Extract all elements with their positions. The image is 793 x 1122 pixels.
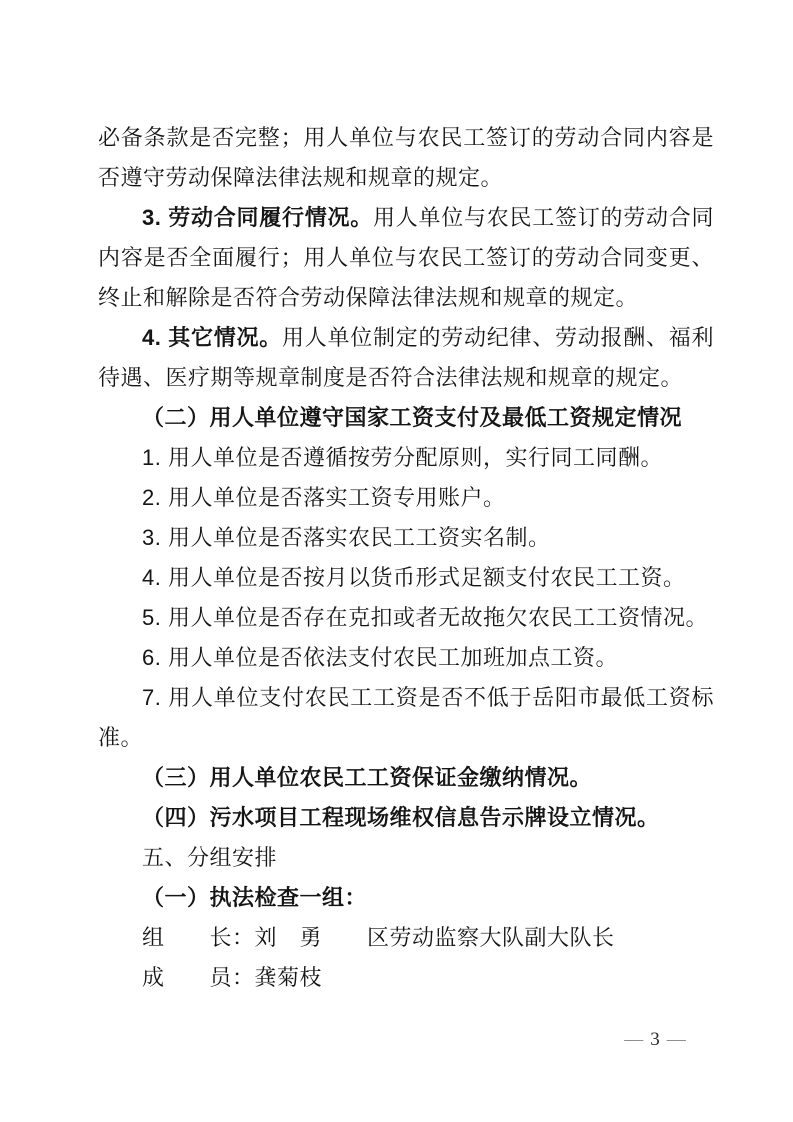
paragraph-item4-other-situations: 4. 其它情况。用人单位制定的劳动纪律、劳动报酬、福利待遇、医疗期等规章制度是否… xyxy=(98,318,714,398)
list-item-3-real-name-system: 3. 用人单位是否落实农民工工资实名制。 xyxy=(98,518,714,558)
paragraph-text: 必备条款是否完整；用人单位与农民工签订的劳动合同内容是否遵守劳动保障法律法规和规… xyxy=(98,125,714,190)
paragraph-contract-terms-continuation: 必备条款是否完整；用人单位与农民工签订的劳动合同内容是否遵守劳动保障法律法规和规… xyxy=(98,118,714,198)
footer-dash-right: — xyxy=(667,1029,686,1050)
list-item-6-overtime-pay: 6. 用人单位是否依法支付农民工加班加点工资。 xyxy=(98,638,714,678)
paragraph-text: 组 长：刘 勇 区劳动监察大队副大队长 xyxy=(142,925,615,950)
line-team-member: 成 员：龚菊枝 xyxy=(98,958,714,998)
list-item-2-wage-account: 2. 用人单位是否落实工资专用账户。 xyxy=(98,478,714,518)
list-item-1-equal-pay: 1. 用人单位是否遵循按劳分配原则，实行同工同酬。 xyxy=(98,438,714,478)
heading-text: （三）用人单位农民工工资保证金缴纳情况。 xyxy=(142,765,592,790)
list-item-5-wage-arrears: 5. 用人单位是否存在克扣或者无故拖欠农民工工资情况。 xyxy=(98,598,714,638)
document-body: 必备条款是否完整；用人单位与农民工签订的劳动合同内容是否遵守劳动保障法律法规和规… xyxy=(98,118,714,998)
document-page: 必备条款是否完整；用人单位与农民工签订的劳动合同内容是否遵守劳动保障法律法规和规… xyxy=(0,0,793,1122)
paragraph-text: 5. 用人单位是否存在克扣或者无故拖欠农民工工资情况。 xyxy=(142,605,708,630)
heading-part-5-group-arrangement: 五、分组安排 xyxy=(98,838,714,878)
heading-text: （四）污水项目工程现场维权信息告示牌设立情况。 xyxy=(142,805,660,830)
page-number: 3 xyxy=(650,1029,660,1050)
paragraph-text: 4. 用人单位是否按月以货币形式足额支付农民工工资。 xyxy=(142,565,685,590)
footer-dash-left: — xyxy=(624,1029,643,1050)
heading-section-3-wage-guarantee-deposit: （三）用人单位农民工工资保证金缴纳情况。 xyxy=(98,758,714,798)
list-item-4-monthly-payment: 4. 用人单位是否按月以货币形式足额支付农民工工资。 xyxy=(98,558,714,598)
paragraph-bold-lead: 4. 其它情况。 xyxy=(142,325,282,350)
paragraph-text: 7. 用人单位支付农民工工资是否不低于岳阳市最低工资标准。 xyxy=(98,685,714,750)
heading-group-1-enforcement-team: （一）执法检查一组： xyxy=(98,878,714,918)
heading-text: （一）执法检查一组： xyxy=(142,885,367,910)
paragraph-item3-contract-performance: 3. 劳动合同履行情况。用人单位与农民工签订的劳动合同内容是否全面履行；用人单位… xyxy=(98,198,714,318)
paragraph-bold-lead: 3. 劳动合同履行情况。 xyxy=(142,205,373,230)
paragraph-text: 6. 用人单位是否依法支付农民工加班加点工资。 xyxy=(142,645,618,670)
paragraph-text: 3. 用人单位是否落实农民工工资实名制。 xyxy=(142,525,550,550)
paragraph-text: 成 员：龚菊枝 xyxy=(142,965,322,990)
heading-section-4-rights-notice-board: （四）污水项目工程现场维权信息告示牌设立情况。 xyxy=(98,798,714,838)
paragraph-text: 2. 用人单位是否落实工资专用账户。 xyxy=(142,485,505,510)
heading-text: （二）用人单位遵守国家工资支付及最低工资规定情况 xyxy=(142,405,682,430)
paragraph-text: 1. 用人单位是否遵循按劳分配原则，实行同工同酬。 xyxy=(142,445,663,470)
page-number-footer: —3— xyxy=(595,1028,715,1052)
heading-section-2-wage-payment: （二）用人单位遵守国家工资支付及最低工资规定情况 xyxy=(98,398,714,438)
line-team-leader: 组 长：刘 勇 区劳动监察大队副大队长 xyxy=(98,918,714,958)
heading-text: 五、分组安排 xyxy=(142,845,277,870)
list-item-7-minimum-wage: 7. 用人单位支付农民工工资是否不低于岳阳市最低工资标准。 xyxy=(98,678,714,758)
